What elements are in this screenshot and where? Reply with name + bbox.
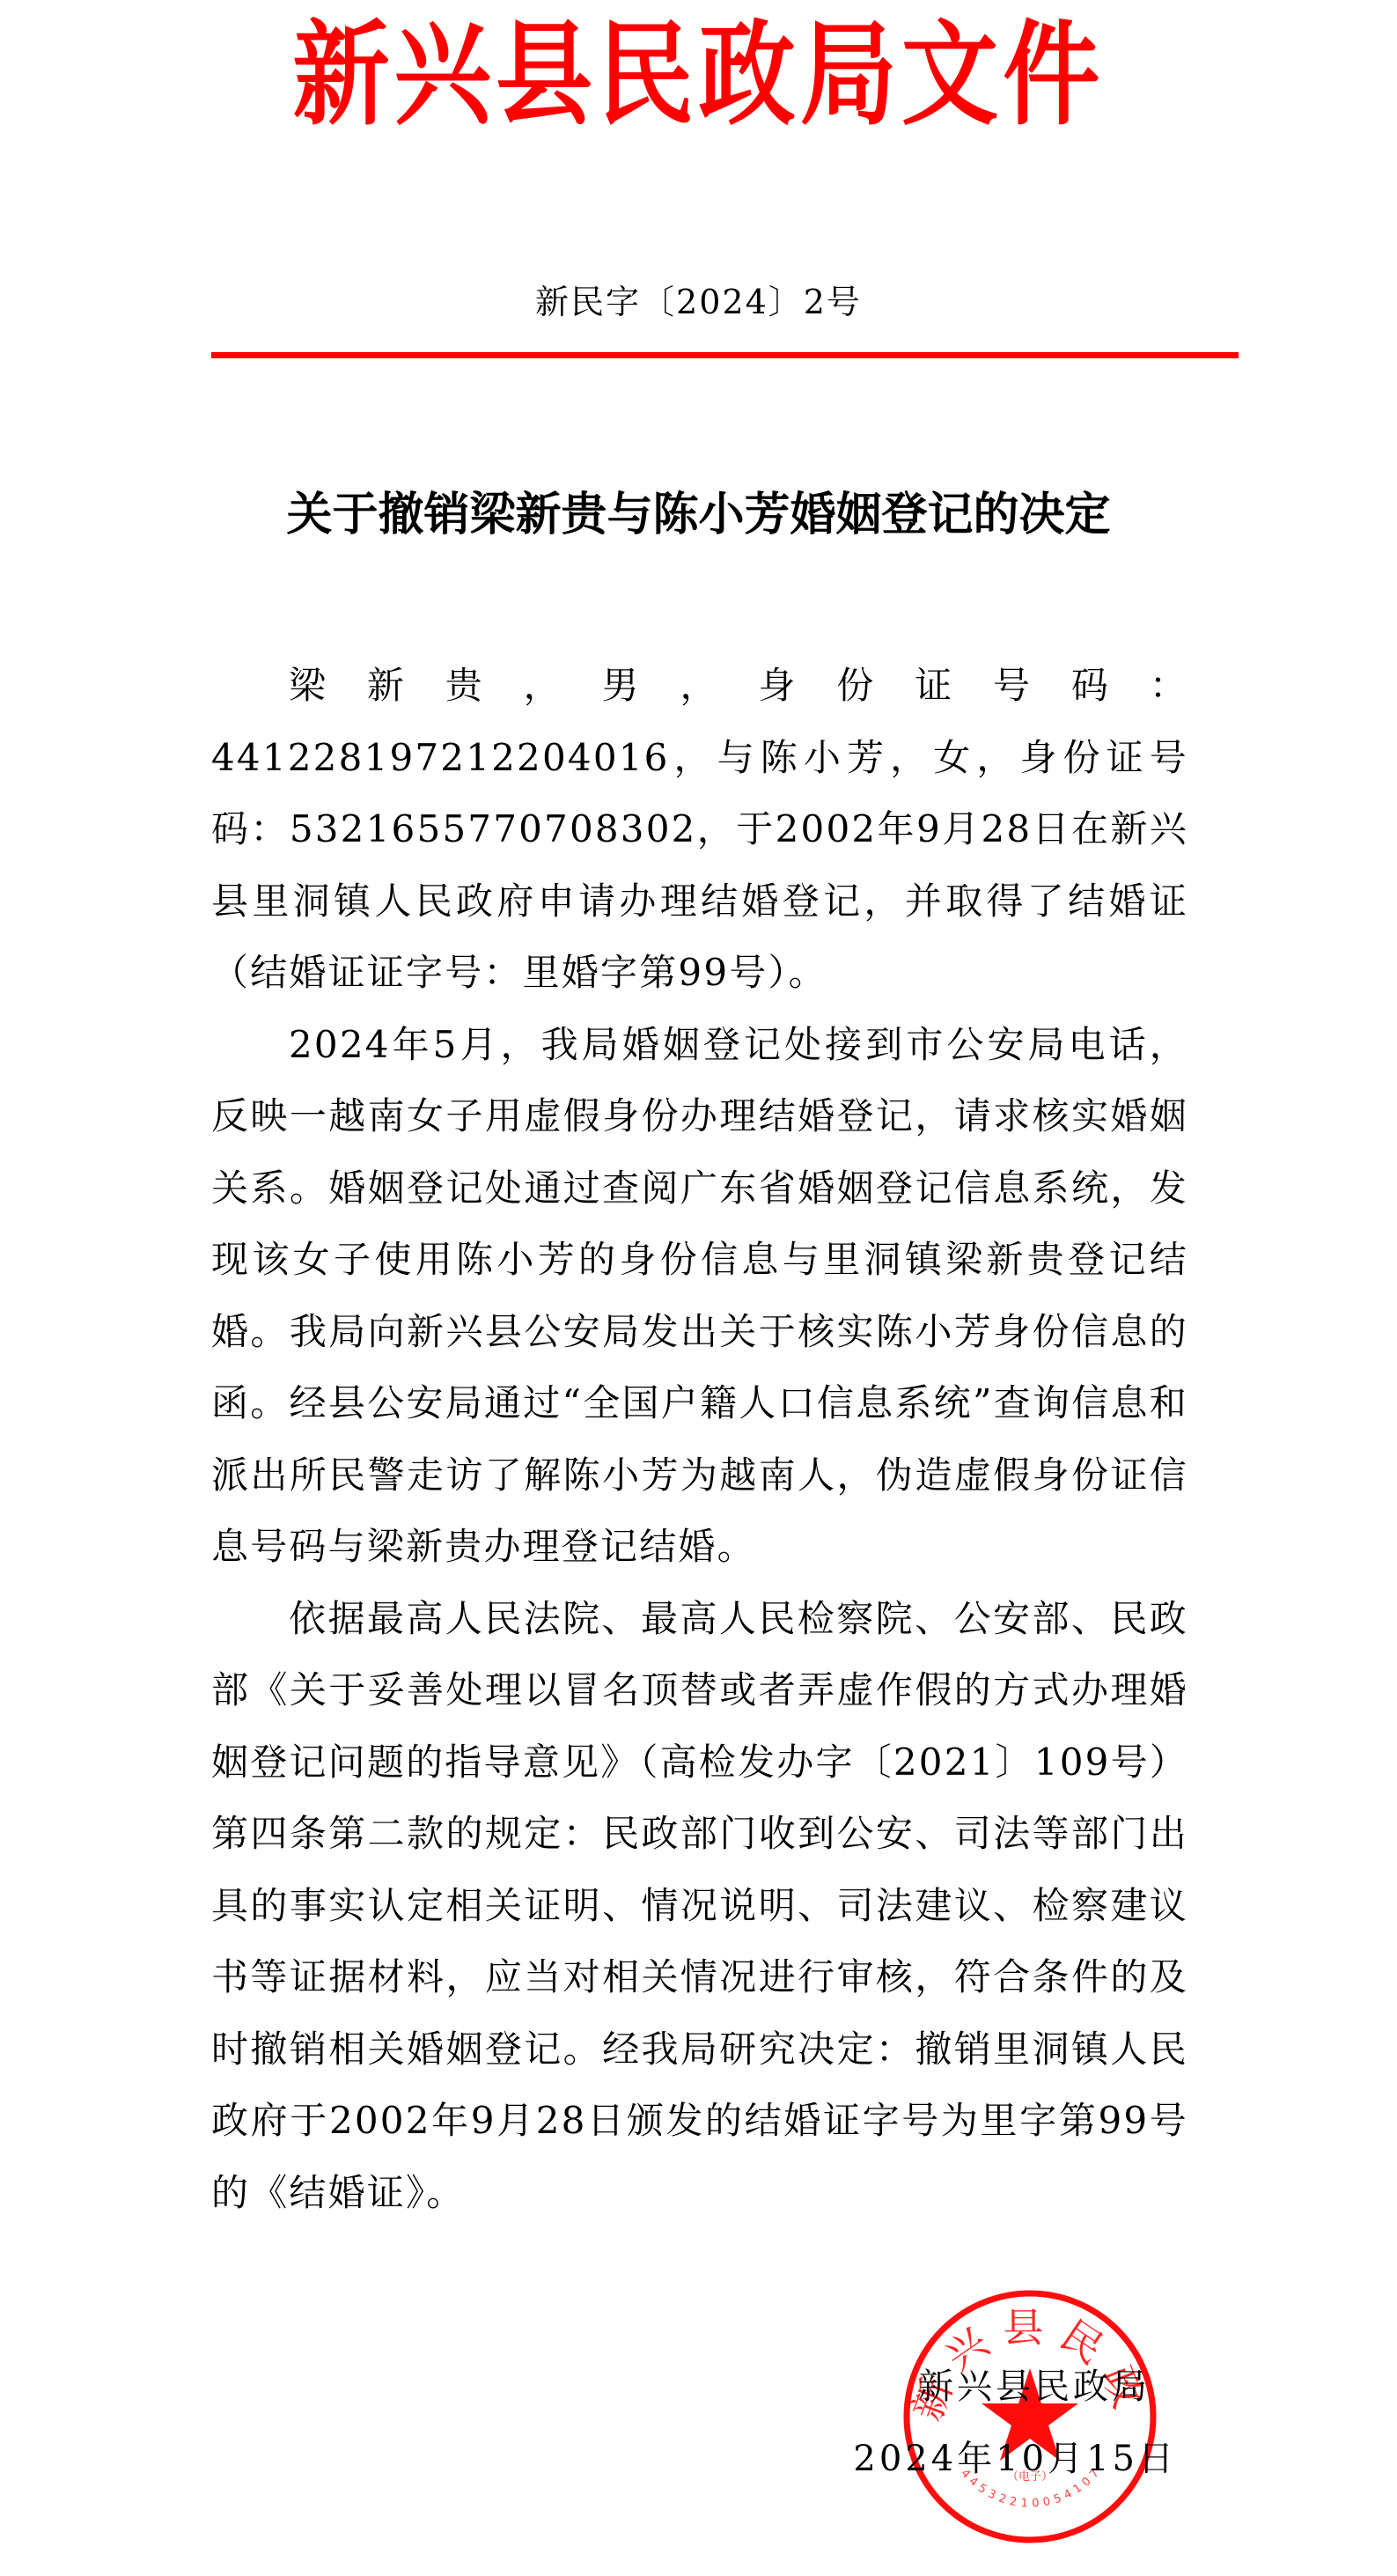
signature-block: 新兴县民政局 2024年10月15日 — [853, 2351, 1177, 2495]
body-paragraph: 依据最高人民法院、最高人民检察院、公安部、民政部《关于妥善处理以冒名顶替或者弄虚… — [211, 1583, 1188, 2229]
document-title: 关于撤销梁新贵与陈小芳婚姻登记的决定 — [0, 480, 1397, 550]
agency-header-title: 新兴县民政局文件 — [98, 0, 1299, 158]
body-paragraph: 梁新贵，男，身份证号码：441228197212204016，与陈小芳，女，身份… — [211, 650, 1188, 1009]
document-number: 新民字〔2024〕2号 — [0, 276, 1397, 328]
signature-org: 新兴县民政局 — [853, 2351, 1151, 2423]
document-body: 梁新贵，男，身份证号码：441228197212204016，与陈小芳，女，身份… — [211, 650, 1188, 2228]
body-paragraph: 2024年5月，我局婚姻登记处接到市公安局电话，反映一越南女子用虚假身份办理结婚… — [211, 1009, 1188, 1583]
red-divider-line — [211, 352, 1239, 358]
signature-date: 2024年10月15日 — [853, 2423, 1177, 2495]
document-page: 新兴县民政局文件 新民字〔2024〕2号 关于撤销梁新贵与陈小芳婚姻登记的决定 … — [0, 0, 1397, 2576]
